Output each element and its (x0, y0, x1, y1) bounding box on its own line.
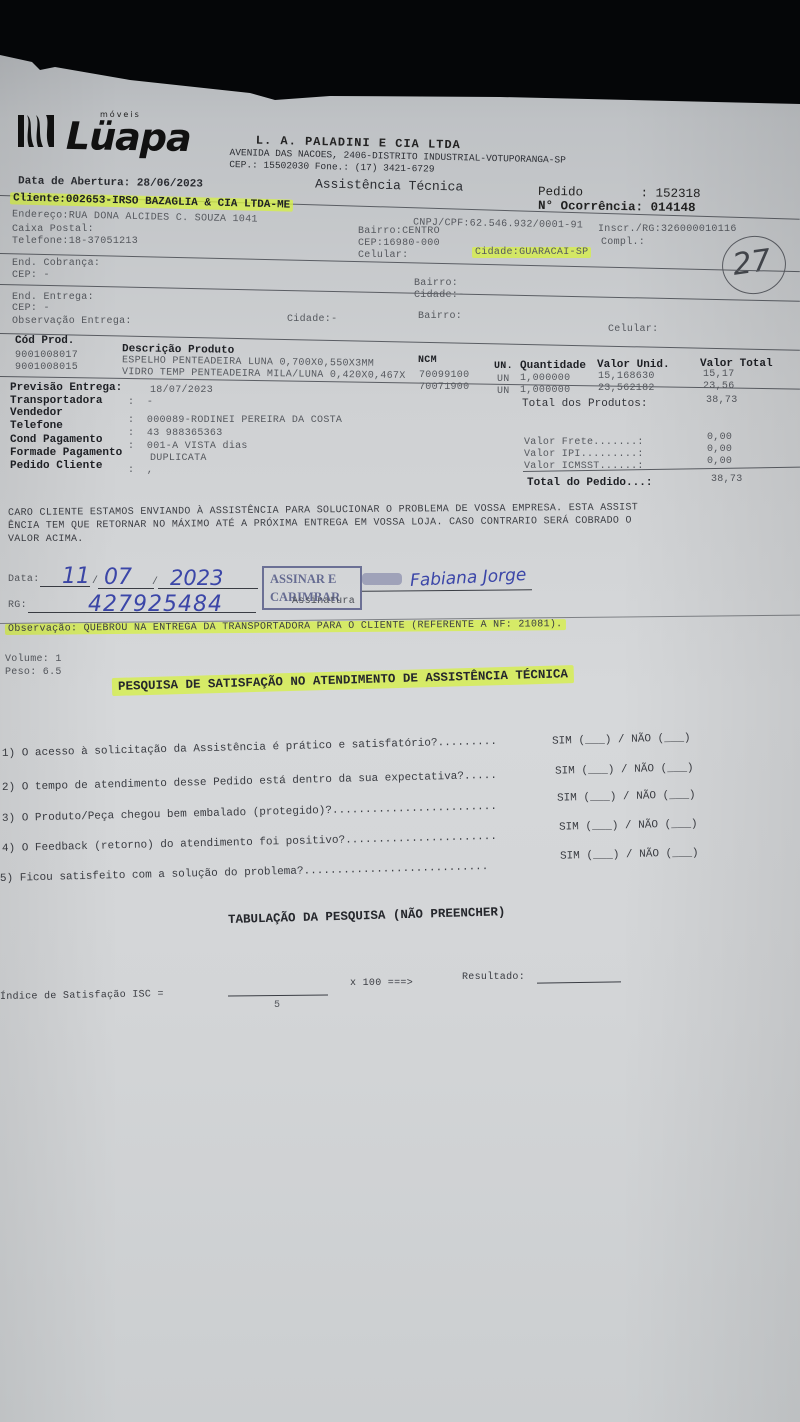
col-ncm: NCM (418, 355, 437, 366)
client-city: Cidade:GUARACAI-SP (472, 247, 591, 258)
client-district: Bairro:CENTRO (358, 226, 440, 237)
client-complement: Compl.: (601, 237, 645, 248)
client-cep: CEP:16980-000 (358, 238, 440, 249)
logo-wordmark: Lüapa (66, 114, 192, 160)
total-order: 38,73 (711, 474, 743, 485)
handwritten-day: 11 (62, 564, 90, 589)
handwritten-year: 2023 (170, 566, 223, 590)
col-unit: UN. (494, 361, 513, 372)
document-title: Assistência Técnica (315, 176, 464, 194)
freight-value: 0,00 (707, 432, 732, 443)
weight: Peso: 6.5 (5, 667, 62, 678)
delivery-cep: CEP: - (12, 303, 50, 314)
survey-answer-options[interactable]: SIM (___) / NÃO (___) (552, 732, 691, 747)
survey-title: PESQUISA DE SATISFAÇÃO NO ATENDIMENTO DE… (112, 665, 574, 696)
col-quantity: Quantidade (520, 360, 586, 372)
delivery-cellphone: Celular: (608, 324, 658, 335)
billing-city: Cidade:- (414, 290, 464, 301)
survey-answer-options[interactable]: SIM (___) / NÃO (___) (555, 762, 694, 777)
delivery-district: Bairro: (418, 311, 462, 322)
handwritten-rg: 427925484 (88, 592, 223, 617)
isc-label: Índice de Satisfação ISC = (0, 989, 164, 1003)
ipi-value: 0,00 (707, 444, 732, 455)
delivery-forecast: 18/07/2023 (150, 385, 213, 396)
result-label: Resultado: (462, 972, 525, 983)
opening-date-label: Data de Abertura: (18, 175, 130, 189)
tabulation-title: TABULAÇÃO DA PESQUISA (NÃO PREENCHER) (228, 905, 506, 927)
client-phone: Telefone:18-37051213 (12, 236, 138, 247)
client-name: Cliente:002653-IRSO BAZAGLIA & CIA LTDA-… (10, 192, 293, 211)
survey-answer-options[interactable]: SIM (___) / NÃO (___) (560, 847, 699, 862)
survey-question: 3) O Produto/Peça chegou bem embalado (p… (2, 801, 497, 825)
document-paper: móveis Lüapa L. A. PALADINI E CIA LTDA A… (0, 0, 800, 1422)
survey-question: 1) O acesso à solicitação da Assistência… (2, 736, 497, 760)
handwritten-month: 07 (104, 565, 132, 590)
icmsst-value: 0,00 (707, 456, 732, 467)
signature-label: Assinatura (292, 596, 355, 607)
handwritten-signature: Fabiana Jorge (410, 565, 527, 591)
volume: Volume: 1 (5, 654, 62, 665)
handwritten-circled-number: 27 (718, 232, 789, 298)
company-info: L. A. PALADINI E CIA LTDA AVENIDA DAS NA… (229, 133, 566, 179)
client-cellphone: Celular: (358, 250, 408, 261)
delivery-address: End. Entrega: (12, 292, 94, 303)
delivery-note: Observação Entrega: (12, 316, 132, 327)
survey-question: 5) Ficou satisfeito com a solução do pro… (0, 861, 488, 885)
billing-district: Bairro: (414, 278, 458, 289)
billing-cep: CEP: - (12, 270, 50, 281)
survey-question: 4) O Feedback (retorno) do atendimento f… (2, 831, 497, 855)
payment-condition: 001-A VISTA dias (147, 441, 248, 452)
stamp-smudge (362, 573, 402, 585)
client-order: , (147, 465, 153, 476)
opening-date: 28/06/2023 (137, 177, 203, 190)
col-code: Cód Prod. (15, 335, 74, 347)
seller: 000089-RODINEI PEREIRA DA COSTA (147, 415, 342, 426)
carrier: - (147, 397, 153, 408)
delivery-city: Cidade:- (287, 314, 337, 325)
survey-answer-options[interactable]: SIM (___) / NÃO (___) (557, 789, 696, 804)
occurrence-number: 014148 (650, 200, 695, 215)
client-po-box: Caixa Postal: (12, 224, 94, 235)
survey-question: 2) O tempo de atendimento desse Pedido e… (2, 770, 497, 794)
order-number: : 152318 (590, 186, 700, 202)
payment-form: DUPLICATA (150, 453, 207, 464)
order-label: Pedido (538, 185, 583, 200)
seller-phone: 43 988365363 (147, 428, 223, 439)
billing-address: End. Cobrança: (12, 258, 100, 269)
total-products: 38,73 (706, 395, 738, 406)
survey-answer-options[interactable]: SIM (___) / NÃO (___) (559, 818, 698, 833)
luapa-logo-icon (16, 113, 56, 149)
client-state-registration: Inscr./RG:326000010116 (598, 224, 737, 235)
isc-denominator: 5 (274, 1000, 280, 1011)
isc-multiplier: x 100 ===> (350, 978, 413, 989)
result-field[interactable] (537, 981, 621, 983)
col-unit-value: Valor Unid. (597, 359, 670, 371)
